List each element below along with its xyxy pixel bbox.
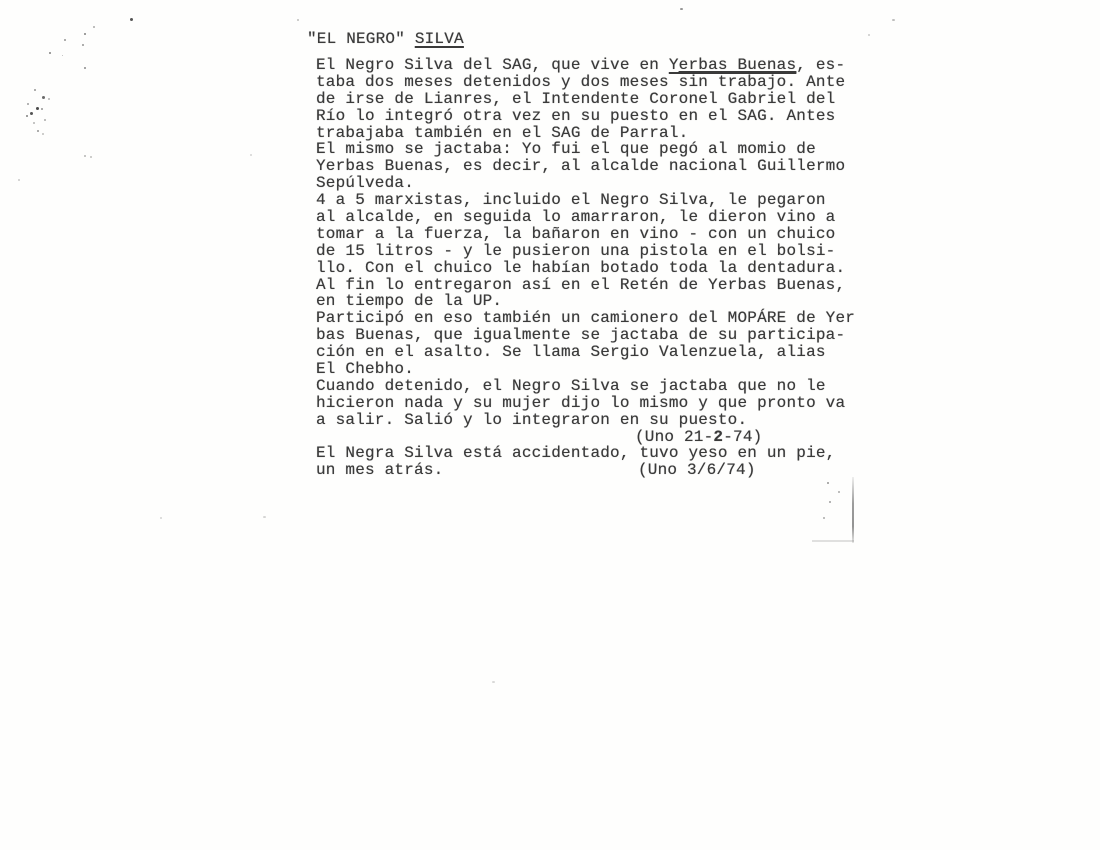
- scan-speckle: [829, 501, 831, 503]
- scan-speckle: [93, 26, 95, 28]
- text-line: bas Buenas, que igualmente se jactaba de…: [316, 327, 864, 344]
- text-line: Río lo integró otra vez en su puesto en …: [316, 108, 864, 125]
- text-segment: un mes atrás.: [316, 461, 443, 479]
- scan-speckle: [37, 130, 39, 132]
- scan-speckle: [41, 108, 43, 110]
- scan-speckle: [42, 133, 44, 135]
- title-underlined-name: SILVA: [415, 30, 464, 48]
- title-quoted-text: "EL NEGRO": [307, 30, 415, 48]
- scan-speckle: [49, 52, 51, 54]
- scan-speckle: [823, 517, 825, 519]
- text-line: El Negro Silva del SAG, que vive en Yerb…: [316, 57, 864, 74]
- scan-smudge-artifact: [812, 540, 854, 542]
- scan-speckle: [892, 19, 895, 21]
- scan-speckle: [33, 122, 35, 124]
- scan-speckle: [64, 39, 66, 41]
- scan-speckle: [84, 33, 86, 35]
- date-reference-bold-digit: 2: [713, 428, 723, 446]
- text-line: de 15 litros - y le pusieron una pistola…: [316, 243, 864, 260]
- text-line: hicieron nada y su mujer dijo lo mismo y…: [316, 395, 864, 412]
- text-line: El mismo se jactaba: Yo fui el que pegó …: [316, 141, 864, 158]
- overlined-text: sin trabajo.: [679, 73, 797, 91]
- date-reference: (Uno 3/6/74): [638, 462, 756, 479]
- text-line-with-date: un mes atrás.(Uno 3/6/74): [316, 462, 864, 479]
- scan-speckle: [62, 55, 63, 56]
- scan-speckle: [160, 517, 162, 519]
- scan-speckle: [84, 155, 86, 157]
- text-line: tomar a la fuerza, la bañaron en vino - …: [316, 226, 864, 243]
- scan-speckle: [44, 119, 46, 121]
- text-line: llo. Con el chuico le habían botado toda…: [316, 260, 864, 277]
- scan-speckle: [18, 179, 20, 181]
- scan-speckle: [42, 96, 45, 99]
- scan-speckle: [680, 8, 683, 10]
- scan-speckle: [27, 103, 29, 105]
- scanned-document-page: "EL NEGRO" SILVA El Negro Silva del SAG,…: [0, 0, 1100, 850]
- document-body: El Negro Silva del SAG, que vive en Yerb…: [316, 57, 864, 479]
- scan-speckle: [90, 156, 92, 158]
- text-line: Participó en eso también un camionero de…: [316, 310, 864, 327]
- scan-speckle: [827, 482, 829, 484]
- date-reference: -74): [723, 428, 762, 446]
- text-line: trabajaba también en el SAG de Parral.: [316, 125, 864, 142]
- text-line: ción en el asalto. Se llama Sergio Valen…: [316, 344, 864, 361]
- scan-speckle: [868, 34, 870, 36]
- scan-speckle: [48, 98, 50, 100]
- text-segment: El Negro Silva del SAG, que vive en: [316, 56, 669, 74]
- text-line: de irse de Lianres, el Intendente Corone…: [316, 91, 864, 108]
- text-segment: taba dos meses detenidos y dos meses: [316, 73, 679, 91]
- scan-speckle: [838, 491, 840, 493]
- text-line: Al fin lo entregaron así en el Retén de …: [316, 277, 864, 294]
- text-line: al alcalde, en seguida lo amarraron, le …: [316, 209, 864, 226]
- text-line: 4 a 5 marxistas, incluido el Negro Silva…: [316, 192, 864, 209]
- scan-edge-line-artifact: [852, 477, 854, 543]
- text-line: Yerbas Buenas, es decir, al alcalde naci…: [316, 158, 864, 175]
- scan-speckle: [30, 112, 33, 115]
- scan-speckle: [34, 89, 36, 91]
- scan-speckle: [36, 107, 39, 110]
- text-line: Cuando detenido, el Negro Silva se jacta…: [316, 378, 864, 395]
- text-line: Sepúlveda.: [316, 175, 864, 192]
- text-segment: , es-: [796, 56, 845, 74]
- scan-speckle: [250, 154, 252, 156]
- date-reference-line: (Uno 21-2-74): [316, 429, 864, 446]
- text-line: a salir. Salió y lo integraron en su pue…: [316, 412, 864, 429]
- scan-speckle: [130, 18, 133, 21]
- text-line: taba dos meses detenidos y dos meses sin…: [316, 74, 864, 91]
- text-line: El Negra Silva está accidentado, tuvo ye…: [316, 445, 864, 462]
- scan-speckle: [263, 516, 266, 518]
- text-segment: Ante: [796, 73, 845, 91]
- scan-speckle: [82, 44, 84, 46]
- scan-speckle: [297, 19, 299, 21]
- text-line: El Chebho.: [316, 361, 864, 378]
- underlined-place-name: Yerbas Buenas: [669, 56, 796, 74]
- scan-speckle: [84, 67, 86, 69]
- text-line: en tiempo de la UP.: [316, 293, 864, 310]
- date-reference: (Uno 21-: [635, 428, 713, 446]
- scan-speckle: [26, 115, 28, 117]
- document-title: "EL NEGRO" SILVA: [307, 30, 464, 48]
- scan-speckle: [492, 681, 495, 683]
